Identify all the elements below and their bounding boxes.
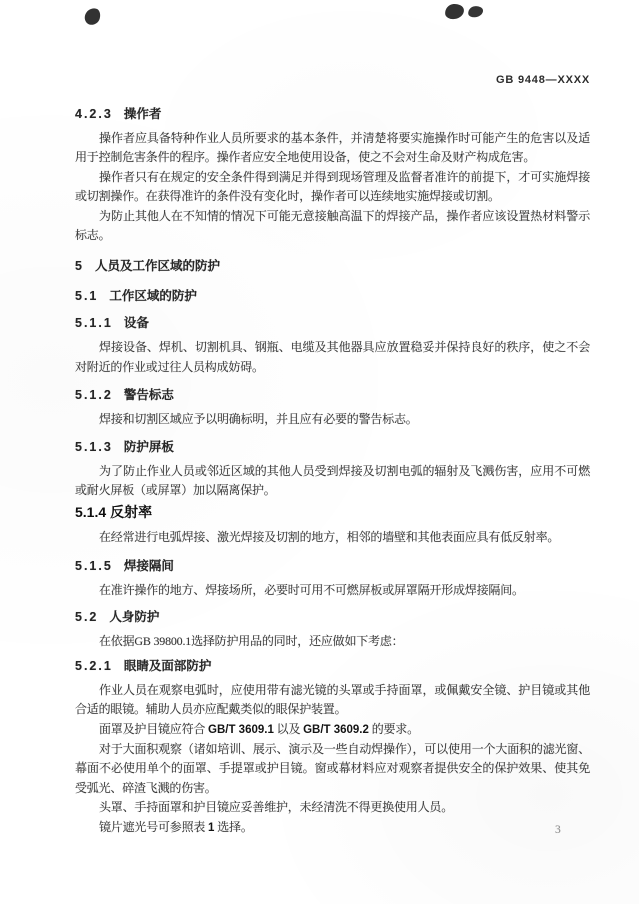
heading-number: 5.1.4: [75, 504, 106, 520]
paragraph: 操作者应具备特种作业人员所要求的基本条件，并清楚将要实施操作时可能产生的危害以及…: [75, 129, 590, 168]
heading-number: 5.1.1: [75, 316, 113, 330]
section-heading-5.1.5: 5.1.5焊接隔间: [75, 557, 590, 576]
paragraph: 操作者只有在规定的安全条件得到满足并得到现场管理及监督者准许的前提下，才可实施焊…: [75, 168, 590, 207]
text-run: 在经常进行电弧焊接、激光焊接及切割的地方，相邻的墙壁和其他表面应具有低反射率。: [99, 530, 559, 544]
text-run: 焊接设备、焊机、切割机具、钢瓶、电缆及其他器具应放置稳妥并保持良好的秩序，使之不…: [75, 340, 590, 373]
text-run: 对于大面积观察（诸如培训、展示、演示及一些自动焊操作），可以使用一个大面积的滤光…: [75, 742, 590, 795]
paragraph: 面罩及护目镜应符合 GB/T 3609.1 以及 GB/T 3609.2 的要求…: [75, 720, 590, 740]
heading-title: 反射率: [110, 504, 152, 520]
heading-title: 人身防护: [109, 610, 159, 624]
text-run: 选择。: [214, 820, 252, 834]
paragraph: 在依据GB 39800.1选择防护用品的同时，还应做如下考虑：: [75, 632, 590, 651]
section-heading-5.1.4: 5.1.4反射率: [75, 502, 590, 523]
text-run: 为了防止作业人员或邻近区域的其他人员受到焊接及切割电弧的辐射及飞溅伤害，应用不可…: [75, 464, 590, 497]
paragraph: 在准许操作的地方、焊接场所，必要时可用不可燃屏板或屏罩隔开形成焊接隔间。: [75, 581, 590, 600]
page-number: 3: [555, 824, 561, 836]
scan-artifact: [83, 6, 102, 26]
heading-number: 5.2: [75, 610, 98, 624]
paragraph: 镜片遮光号可参照表 1 选择。: [75, 818, 590, 838]
section-heading-4.2.3: 4.2.3操作者: [75, 105, 590, 124]
inserted-reference: GB/T 3609.1: [208, 724, 274, 736]
text-run: 以及: [274, 722, 303, 736]
heading-title: 操作者: [124, 107, 162, 121]
text-run: 作业人员在观察电弧时，应使用带有滤光镜的头罩或手持面罩，或佩戴安全镜、护目镜或其…: [75, 683, 590, 716]
paragraph: 焊接设备、焊机、切割机具、钢瓶、电缆及其他器具应放置稳妥并保持良好的秩序，使之不…: [75, 338, 590, 377]
section-heading-5.1.3: 5.1.3防护屏板: [75, 438, 590, 457]
section-heading-5.1.1: 5.1.1设备: [75, 314, 590, 333]
heading-title: 防护屏板: [124, 440, 174, 454]
text-run: 面罩及护目镜应符合: [99, 722, 208, 736]
paragraph: 对于大面积观察（诸如培训、展示、演示及一些自动焊操作），可以使用一个大面积的滤光…: [75, 740, 590, 798]
standard-number: GB 9448—XXXX: [496, 74, 590, 86]
heading-number: 5.1.2: [75, 388, 113, 402]
heading-title: 警告标志: [124, 388, 174, 402]
heading-title: 工作区域的防护: [109, 289, 197, 303]
inserted-reference: GB/T 3609.2: [303, 724, 369, 736]
heading-title: 设备: [124, 316, 149, 330]
heading-number: 5: [75, 259, 84, 273]
section-heading-5.1: 5.1工作区域的防护: [75, 287, 590, 306]
paragraph: 作业人员在观察电弧时，应使用带有滤光镜的头罩或手持面罩，或佩戴安全镜、护目镜或其…: [75, 681, 590, 720]
section-heading-5: 5人员及工作区域的防护: [75, 257, 590, 276]
text-run: 焊接和切割区域应予以明确标明，并且应有必要的警告标志。: [99, 412, 418, 426]
heading-number: 5.1: [75, 289, 98, 303]
heading-number: 5.2.1: [75, 659, 113, 673]
paragraph: 为防止其他人在不知情的情况下可能无意接触高温下的焊接产品，操作者应该设置热材料警…: [75, 207, 590, 246]
heading-number: 5.1.5: [75, 559, 113, 573]
document-page: GB 9448—XXXX 4.2.3操作者操作者应具备特种作业人员所要求的基本条…: [0, 0, 639, 904]
document-body: 4.2.3操作者操作者应具备特种作业人员所要求的基本条件，并清楚将要实施操作时可…: [75, 105, 590, 838]
text-run: 在依据GB 39800.1选择防护用品的同时，还应做如下考虑：: [99, 634, 403, 648]
heading-title: 焊接隔间: [124, 559, 174, 573]
text-run: 为防止其他人在不知情的情况下可能无意接触高温下的焊接产品，操作者应该设置热材料警…: [75, 209, 590, 242]
paragraph: 焊接和切割区域应予以明确标明，并且应有必要的警告标志。: [75, 410, 590, 429]
text-run: 镜片遮光号可参照表: [99, 820, 208, 834]
paragraph: 为了防止作业人员或邻近区域的其他人员受到焊接及切割电弧的辐射及飞溅伤害，应用不可…: [75, 462, 590, 501]
text-run: 操作者应具备特种作业人员所要求的基本条件，并清楚将要实施操作时可能产生的危害以及…: [75, 131, 590, 164]
section-heading-5.2: 5.2人身防护: [75, 608, 590, 627]
heading-number: 4.2.3: [75, 107, 113, 121]
text-run: 操作者只有在规定的安全条件得到满足并得到现场管理及监督者准许的前提下，才可实施焊…: [75, 170, 590, 203]
text-run: 在准许操作的地方、焊接场所，必要时可用不可燃屏板或屏罩隔开形成焊接隔间。: [99, 583, 524, 597]
text-run: 头罩、手持面罩和护目镜应妥善维护，未经清洗不得更换使用人员。: [99, 800, 453, 814]
heading-number: 5.1.3: [75, 440, 113, 454]
text-run: 的要求。: [369, 722, 419, 736]
section-heading-5.2.1: 5.2.1眼睛及面部防护: [75, 657, 590, 676]
section-heading-5.1.2: 5.1.2警告标志: [75, 386, 590, 405]
paragraph: 在经常进行电弧焊接、激光焊接及切割的地方，相邻的墙壁和其他表面应具有低反射率。: [75, 528, 590, 547]
heading-title: 眼睛及面部防护: [124, 659, 212, 673]
scan-artifact: [444, 3, 464, 20]
paragraph: 头罩、手持面罩和护目镜应妥善维护，未经清洗不得更换使用人员。: [75, 798, 590, 817]
heading-title: 人员及工作区域的防护: [95, 259, 220, 273]
